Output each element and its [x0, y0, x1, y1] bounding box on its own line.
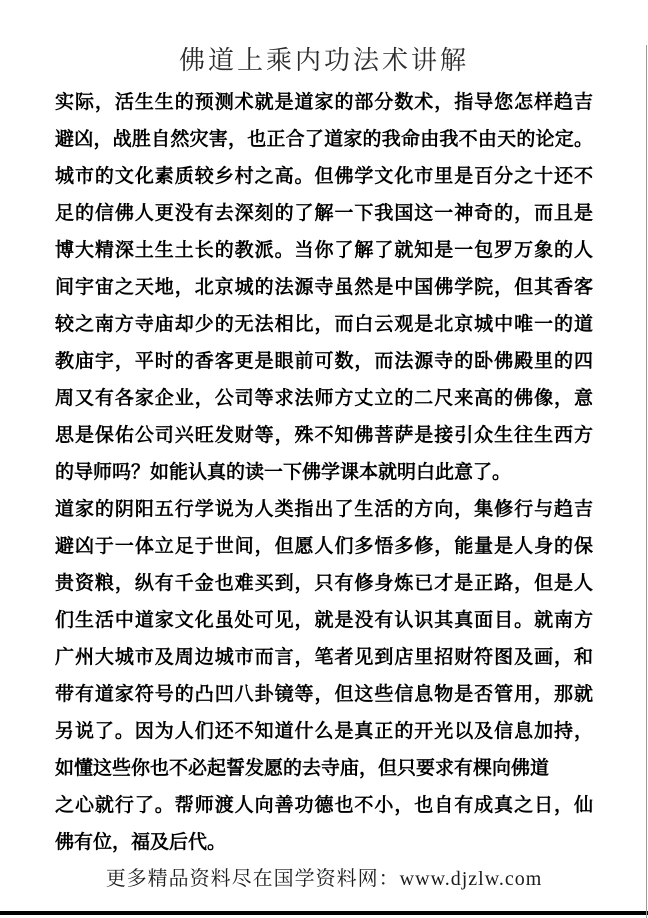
body-line: 佛有位，福及后代。 [55, 824, 593, 861]
body-line: 周又有各家企业，公司等求法师方丈立的二尺来高的佛像，意 [55, 380, 593, 417]
bottom-border-bar [0, 911, 648, 915]
body-line: 广州大城市及周边城市而言，笔者见到店里招财符图及画，和 [55, 639, 593, 676]
body-line: 足的信佛人更没有去深刻的了解一下我国这一神奇的，而且是 [55, 195, 593, 232]
body-line: 另说了。因为人们还不知道什么是真正的开光以及信息加持， [55, 713, 593, 750]
right-edge-line [646, 45, 647, 918]
body-line: 带有道家符号的凸凹八卦镜等，但这些信息物是否管用，那就 [55, 676, 593, 713]
body-line: 城市的文化素质较乡村之高。但佛学文化市里是百分之十还不 [55, 158, 593, 195]
body-line: 实际，活生生的预测术就是道家的部分数术，指导您怎样趋吉 [55, 84, 593, 121]
body-line: 之心就行了。帮师渡人向善功德也不小，也自有成真之日，仙 [55, 787, 593, 824]
body-line: 贵资粮，纵有千金也难买到，只有修身炼已才是正路，但是人 [55, 565, 593, 602]
body-line: 博大精深土生土长的教派。当你了解了就知是一包罗万象的人 [55, 232, 593, 269]
body-line: 思是保佑公司兴旺发财等，殊不知佛菩萨是接引众生往生西方 [55, 417, 593, 454]
document-page: 佛道上乘内功法术讲解 实际，活生生的预测术就是道家的部分数术，指导您怎样趋吉避凶… [0, 0, 648, 918]
body-line: 如懂这些你也不必起誓发愿的去寺庙，但只要求有棵向佛道 [55, 750, 593, 787]
page-title: 佛道上乘内功法术讲解 [0, 40, 648, 77]
body-line: 们生活中道家文化虽处可见，就是没有认识其真面目。就南方 [55, 602, 593, 639]
footer-text: 更多精品资料尽在国学资料网：www.djzlw.com [0, 862, 648, 891]
body-line: 避凶于一体立足于世间，但愿人们多悟多修，能量是人身的保 [55, 528, 593, 565]
body-line: 间宇宙之天地，北京城的法源寺虽然是中国佛学院，但其香客 [55, 269, 593, 306]
body-text-block: 实际，活生生的预测术就是道家的部分数术，指导您怎样趋吉避凶，战胜自然灾害，也正合… [55, 84, 593, 861]
body-line: 避凶，战胜自然灾害，也正合了道家的我命由我不由天的论定。 [55, 121, 593, 158]
body-line: 较之南方寺庙却少的无法相比，而白云观是北京城中唯一的道 [55, 306, 593, 343]
body-line: 教庙宇，平时的香客更是眼前可数，而法源寺的卧佛殿里的四 [55, 343, 593, 380]
body-line: 道家的阴阳五行学说为人类指出了生活的方向，集修行与趋吉 [55, 491, 593, 528]
body-line: 的导师吗？如能认真的读一下佛学课本就明白此意了。 [55, 454, 593, 491]
